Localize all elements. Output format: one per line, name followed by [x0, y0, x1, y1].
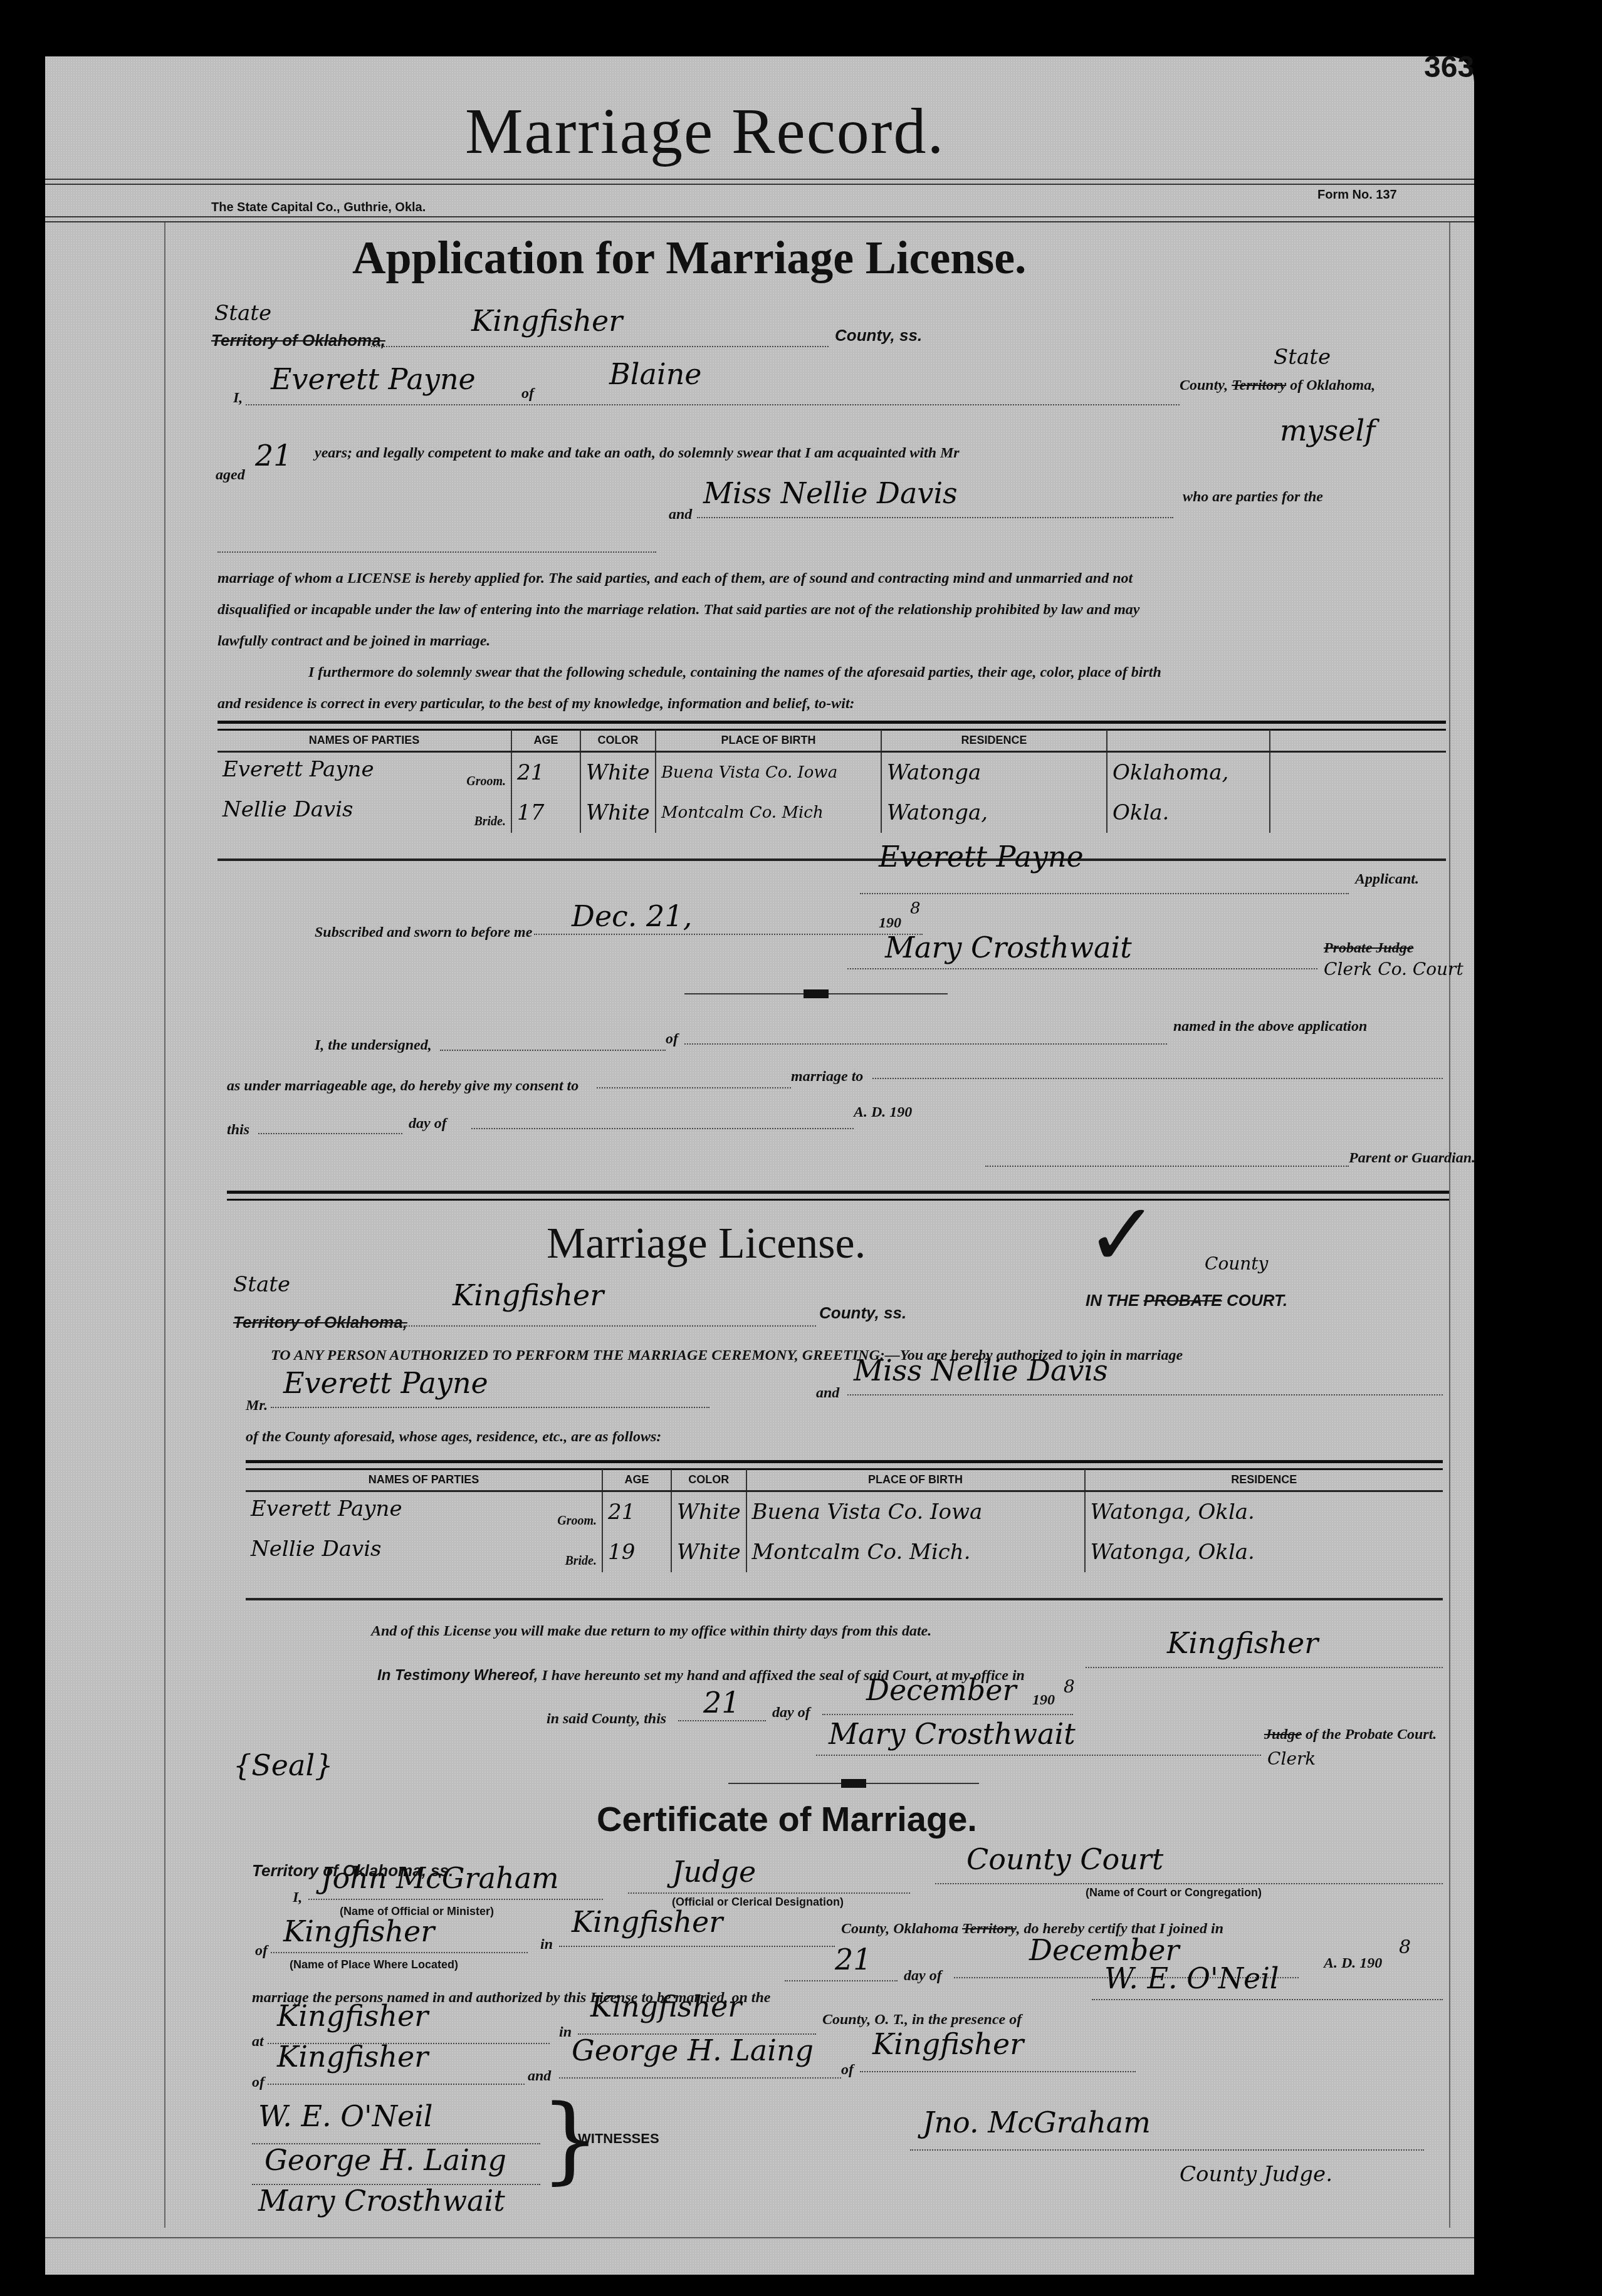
- groom-residence: Watonga: [881, 752, 1107, 793]
- license-schedule-table: NAMES OF PARTIES AGE COLOR PLACE OF BIRT…: [246, 1469, 1443, 1572]
- month-line: [822, 1714, 1073, 1715]
- license-signature-title: Judge of the Probate Court.: [1264, 1726, 1437, 1743]
- consent-line-1b: of: [666, 1031, 678, 1048]
- table-row: Everett PayneGroom. 21 White Buena Vista…: [246, 1491, 1443, 1533]
- applicant-prefix: I,: [233, 390, 243, 407]
- bride-name: Nellie Davis: [251, 1537, 381, 1562]
- county-label-a: County,: [1180, 377, 1228, 394]
- col-color: COLOR: [671, 1469, 746, 1491]
- territory-struck-2: Territory: [962, 1921, 1016, 1937]
- consent-name-line: [440, 1050, 666, 1051]
- consent-line-1c: named in the above application: [1173, 1018, 1367, 1035]
- groom-role: Groom.: [557, 1514, 597, 1528]
- official-name-line: [308, 1899, 603, 1900]
- court-line: [935, 1883, 1443, 1884]
- sworn-year-suffix: 8: [910, 899, 921, 918]
- paragraph-2: disqualified or incapable under the law …: [217, 602, 1139, 618]
- of-label: of: [521, 385, 534, 402]
- court-label-a: IN THE: [1086, 1291, 1139, 1310]
- license-state-correction: State: [233, 1272, 290, 1297]
- court-label-b: COURT.: [1227, 1291, 1287, 1310]
- judge-struck: Judge: [1264, 1726, 1302, 1743]
- applicant-county: Blaine: [609, 357, 702, 391]
- officiant-title: County Judge.: [1180, 2162, 1332, 2187]
- witness-1-of: Kingfisher: [277, 2040, 428, 2074]
- application-county-value: Kingfisher: [471, 304, 622, 338]
- court-correction: County: [1205, 1253, 1268, 1274]
- col-residence: RESIDENCE: [881, 730, 1107, 752]
- witness-signature-1: W. E. O'Neil: [258, 2099, 433, 2133]
- license-schedule-rule-bottom: [246, 1598, 1443, 1600]
- certificate-heading: Certificate of Marriage.: [597, 1798, 977, 1839]
- official-signature: Mary Crosthwait: [885, 931, 1132, 964]
- license-year-prefix: 190: [1032, 1692, 1055, 1709]
- col-color: COLOR: [580, 730, 656, 752]
- officiant-signature: Jno. McGraham: [923, 2106, 1151, 2139]
- groom-residence-state: Oklahoma,: [1107, 752, 1270, 793]
- application-schedule-table: NAMES OF PARTIES AGE COLOR PLACE OF BIRT…: [217, 730, 1446, 833]
- witnesses-label: WITNESSES: [578, 2131, 659, 2147]
- applicant-label: Applicant.: [1355, 871, 1419, 888]
- cert-day-line: [785, 1980, 898, 1981]
- consent-day-line: [258, 1133, 402, 1134]
- county-line: [371, 346, 829, 347]
- cert-ad-label: A. D. 190: [1324, 1955, 1382, 1972]
- mr-label: Mr.: [246, 1397, 268, 1414]
- license-month: December: [866, 1673, 1016, 1707]
- probate-struck: PROBATE: [1143, 1291, 1222, 1310]
- day-line: [678, 1720, 766, 1721]
- groom-residence: Watonga, Okla.: [1085, 1491, 1443, 1533]
- groom-role: Groom.: [466, 775, 506, 789]
- license-signature: Mary Crosthwait: [829, 1717, 1076, 1751]
- applicant-name: Everett Payne: [271, 362, 476, 396]
- territory-struck: Territory: [1232, 377, 1286, 394]
- cert-day: 21: [835, 1943, 872, 1976]
- county-label-b: of Oklahoma,: [1290, 377, 1375, 394]
- bride-role: Bride.: [474, 815, 506, 829]
- header-rule-top: [45, 179, 1474, 180]
- witness-signature-3: Mary Crosthwait: [258, 2184, 505, 2218]
- parties-line: [217, 551, 656, 553]
- aged-label: aged: [216, 467, 245, 484]
- schedule-header-row: NAMES OF PARTIES AGE COLOR PLACE OF BIRT…: [217, 730, 1446, 752]
- license-bride-name: Miss Nellie Davis: [854, 1354, 1108, 1387]
- table-row: Everett PayneGroom. 21 White Buena Vista…: [217, 752, 1446, 793]
- consent-line-3c: A. D. 190: [854, 1104, 912, 1121]
- sworn-date-line: [534, 934, 923, 935]
- office-line: [1086, 1667, 1443, 1668]
- witness-1-of-line: [268, 2084, 525, 2085]
- license-and-label: and: [816, 1385, 839, 1402]
- header-rule-bottom: [45, 216, 1474, 217]
- witness-1-name: W. E. O'Neil: [1104, 1961, 1279, 1995]
- blank-cell: [1270, 752, 1446, 793]
- header-rule-top-2: [45, 184, 1474, 185]
- application-heading: Application for Marriage License.: [352, 232, 1027, 285]
- left-margin-line: [164, 222, 165, 2228]
- checkmark-icon: ✓: [1086, 1184, 1159, 1286]
- applicant-age: 21: [255, 439, 292, 472]
- page-title: Marriage Record.: [465, 94, 945, 169]
- table-row: Nellie DavisBride. 17 White Montcalm Co.…: [217, 793, 1446, 833]
- bride-role: Bride.: [565, 1554, 597, 1568]
- header-rule-bottom-2: [45, 221, 1474, 222]
- right-margin-line: [1449, 222, 1450, 2228]
- cert-day-of: day of: [904, 1968, 942, 1985]
- county-territory-label: County, Territory of Oklahoma,: [1180, 377, 1375, 394]
- cert-at-label: at: [252, 2033, 264, 2050]
- cert-i-label: I,: [293, 1889, 302, 1906]
- license-county-value: Kingfisher: [453, 1278, 604, 1312]
- bride-age: 17: [511, 793, 580, 833]
- bride-residence: Watonga,: [881, 793, 1107, 833]
- cert-of-label: of: [255, 1943, 268, 1959]
- license-day: 21: [703, 1686, 740, 1719]
- official-signature-line: [847, 968, 1317, 969]
- schedule-header-row: NAMES OF PARTIES AGE COLOR PLACE OF BIRT…: [246, 1469, 1443, 1491]
- consent-month-line: [471, 1128, 854, 1129]
- col-birthplace: PLACE OF BIRTH: [746, 1469, 1085, 1491]
- col-residence: RESIDENCE: [1085, 1469, 1443, 1491]
- col-age: AGE: [511, 730, 580, 752]
- bride-name-line: [847, 1394, 1443, 1396]
- consent-to-line: [597, 1087, 791, 1088]
- bride-residence-state: Okla.: [1107, 793, 1270, 833]
- witness-2-of: Kingfisher: [872, 2027, 1024, 2061]
- groom-birthplace: Buena Vista Co. Iowa: [656, 752, 881, 793]
- groom-name: Everett Payne: [251, 1496, 402, 1521]
- license-schedule-rule-top: [246, 1460, 1443, 1470]
- acquainted-with: myself: [1280, 414, 1375, 447]
- col-names: NAMES OF PARTIES: [246, 1469, 602, 1491]
- page-number: 363: [1424, 50, 1474, 85]
- bride-age: 19: [602, 1532, 671, 1572]
- cert-year-suffix: 8: [1399, 1936, 1411, 1958]
- cert-in-label-2: in: [559, 2024, 572, 2041]
- bride-name: Nellie Davis: [223, 797, 353, 822]
- license-county-line: [384, 1325, 816, 1327]
- sworn-date: Dec. 21,: [572, 899, 692, 933]
- witness-signature-2: George H. Laing: [264, 2143, 506, 2177]
- col-birthplace: PLACE OF BIRTH: [656, 730, 881, 752]
- cert-county: Kingfisher: [572, 1905, 723, 1939]
- paragraph-4: I furthermore do solemnly swear that the…: [308, 664, 1161, 681]
- presence-text: County, O. T., in the presence of: [822, 2012, 1022, 2028]
- witness-2-of-line: [860, 2071, 1136, 2072]
- col-age: AGE: [602, 1469, 671, 1491]
- license-signature-correction: Clerk: [1267, 1748, 1316, 1769]
- court-name: County Court: [966, 1842, 1163, 1876]
- applicant-signature: Everett Payne: [879, 840, 1084, 874]
- as-follows-text: of the County aforesaid, whose ages, res…: [246, 1429, 661, 1446]
- printer-credit: The State Capital Co., Guthrie, Okla.: [211, 201, 426, 215]
- cert-place: Kingfisher: [283, 1914, 434, 1948]
- signature-title-text: of the Probate Court.: [1306, 1726, 1437, 1743]
- seal-note: {Seal}: [233, 1748, 333, 1782]
- cert-in-value: Kingfisher: [590, 1990, 741, 2023]
- county-line-2: [559, 1946, 835, 1947]
- divider-ornament-2: [841, 1779, 866, 1788]
- license-jurisdiction: Territory of Oklahoma,: [233, 1313, 407, 1332]
- table-row: Nellie DavisBride. 19 White Montcalm Co.…: [246, 1532, 1443, 1572]
- court-label: IN THE PROBATE COURT.: [1086, 1291, 1287, 1310]
- oath-text: years; and legally competent to make and…: [315, 445, 960, 462]
- consent-line-3a: this: [227, 1122, 249, 1139]
- paragraph-5: and residence is correct in every partic…: [217, 696, 855, 712]
- applicant-line: [246, 404, 1180, 405]
- witness-1-line: [1092, 1999, 1443, 2000]
- bride-birthplace: Montcalm Co. Mich: [656, 793, 881, 833]
- bottom-rule: [45, 2237, 1474, 2238]
- consent-of-line: [684, 1043, 1167, 1045]
- form-number: Form No. 137: [1317, 188, 1397, 202]
- official-designation: Judge: [672, 1855, 756, 1889]
- designation-line: [628, 1892, 910, 1894]
- paragraph-1: marriage of whom a LICENSE is hereby app…: [217, 570, 1133, 587]
- license-year-suffix: 8: [1064, 1676, 1075, 1697]
- groom-age: 21: [602, 1491, 671, 1533]
- cert-and-label: and: [528, 2068, 551, 2085]
- county-territory-correction: State: [1274, 345, 1331, 370]
- groom-birthplace: Buena Vista Co. Iowa: [746, 1491, 1085, 1533]
- consent-line-2b: marriage to: [791, 1068, 863, 1085]
- col-names: NAMES OF PARTIES: [217, 730, 511, 752]
- record-page: 363 Marriage Record. Form No. 137 The St…: [45, 56, 1474, 2275]
- place-line: [271, 1952, 528, 1953]
- schedule-rule-top: [217, 721, 1446, 731]
- return-text: And of this License you will make due re…: [371, 1623, 931, 1640]
- groom-color: White: [671, 1491, 746, 1533]
- groom-name-line: [271, 1407, 709, 1408]
- consent-line-1a: I, the undersigned,: [315, 1037, 432, 1054]
- schedule-rule-bottom: [217, 858, 1446, 861]
- cert-of-label-2: of: [252, 2074, 264, 2091]
- application-jurisdiction: Territory of Oklahoma,: [211, 331, 385, 350]
- divider-ornament: [804, 989, 829, 998]
- official-title-correction: Clerk Co. Court: [1324, 959, 1463, 979]
- application-county-label: County, ss.: [835, 326, 922, 345]
- witness-2-name: George H. Laing: [572, 2033, 814, 2067]
- day-of-label: day of: [772, 1704, 810, 1721]
- bride-line: [697, 517, 1173, 518]
- office-location: Kingfisher: [1167, 1626, 1318, 1660]
- officiant-signature-line: [910, 2149, 1424, 2151]
- official-title-struck: Probate Judge: [1324, 940, 1413, 957]
- col-blank-1: [1107, 730, 1270, 752]
- place-caption: (Name of Place Where Located): [290, 1958, 458, 1971]
- bride-residence: Watonga, Okla.: [1085, 1532, 1443, 1572]
- bride-birthplace: Montcalm Co. Mich.: [746, 1532, 1085, 1572]
- consent-line-3b: day of: [409, 1115, 447, 1132]
- col-blank-2: [1270, 730, 1446, 752]
- license-county-label: County, ss.: [819, 1303, 906, 1323]
- applicant-signature-line: [860, 893, 1349, 894]
- groom-name: Everett Payne: [223, 757, 374, 782]
- license-signature-line: [816, 1755, 1261, 1756]
- county-this-label: in said County, this: [547, 1711, 666, 1728]
- blank-cell: [1270, 793, 1446, 833]
- consent-line-2a: as under marriageable age, do hereby giv…: [227, 1078, 578, 1095]
- paragraph-3: lawfully contract and be joined in marri…: [217, 633, 490, 650]
- groom-age: 21: [511, 752, 580, 793]
- witness-2-line: [559, 2077, 841, 2079]
- guardian-signature-line: [985, 1166, 1349, 1167]
- section-rule-license: [227, 1191, 1449, 1201]
- groom-color: White: [580, 752, 656, 793]
- consent-marriage-line: [872, 1078, 1443, 1079]
- cert-in-label: in: [540, 1936, 553, 1953]
- bride-color: White: [580, 793, 656, 833]
- testimony-bold: In Testimony Whereof,: [377, 1667, 538, 1684]
- application-bride-name: Miss Nellie Davis: [703, 476, 958, 510]
- cert-of-label-3: of: [841, 2062, 854, 2079]
- official-name: John McGraham: [321, 1861, 559, 1895]
- parties-text: who are parties for the: [1183, 489, 1323, 506]
- guardian-label: Parent or Guardian.: [1349, 1150, 1475, 1167]
- sworn-label: Subscribed and sworn to before me: [315, 924, 532, 941]
- license-heading: Marriage License.: [547, 1219, 866, 1269]
- license-groom-name: Everett Payne: [283, 1366, 488, 1400]
- court-caption: (Name of Court or Congregation): [1086, 1886, 1262, 1899]
- certify-text-a: County, Oklahoma: [841, 1921, 958, 1937]
- sworn-year-prefix: 190: [879, 915, 901, 932]
- application-state-correction: State: [214, 301, 271, 326]
- bride-color: White: [671, 1532, 746, 1572]
- and-label: and: [669, 506, 692, 523]
- cert-at-value: Kingfisher: [277, 1999, 428, 2033]
